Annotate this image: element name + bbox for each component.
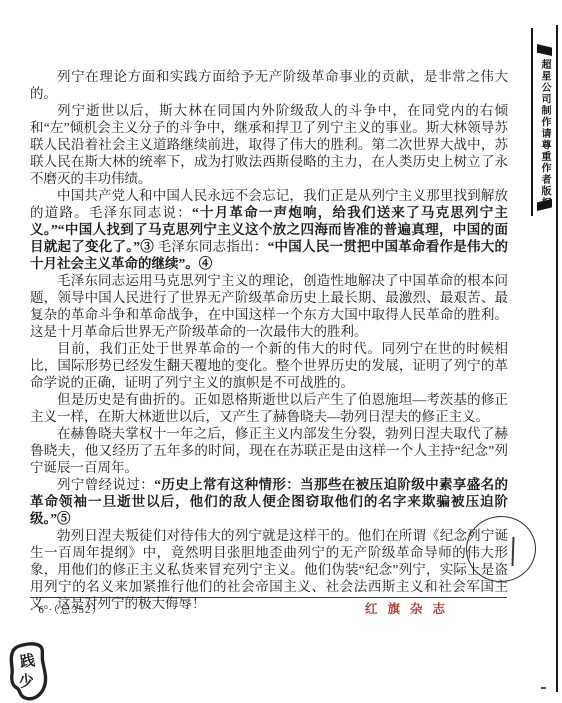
- scanned-magazine-page: 列宁在理论方面和实践方面给予无产阶级革命事业的贡献，是非常之伟大的。列宁逝世以后…: [0, 0, 562, 703]
- watermark-flag-top-icon: [537, 44, 552, 56]
- paragraph: 在赫鲁晓夫掌权十一年之后，修正主义内部发生分裂，勃列日涅夫取代了赫鲁晓夫，他又经…: [30, 425, 508, 476]
- text-segment: 毛泽东同志指出：: [154, 239, 268, 254]
- paragraph: 列宁曾经说过：“历史上常有这种情形：当那些在被压迫阶级中素享盛名的革命领袖一旦逝…: [30, 476, 508, 527]
- text-segment: 列宁在理论方面和实践方面给予无产阶级革命事业的贡献，是非常之伟大的。: [30, 69, 508, 101]
- scan-speck: [541, 687, 546, 689]
- text-segment: 在赫鲁晓夫掌权十一年之后，修正主义内部发生分裂，勃列日涅夫取代了赫鲁晓夫，他又经…: [30, 426, 508, 475]
- text-segment: 列宁曾经说过：: [57, 477, 154, 492]
- paragraph: 列宁逝世以后，斯大林在同国内外阶级敌人的斗争中，在同党内的右倾和“左”倾机会主义…: [30, 102, 508, 187]
- copyright-watermark: 超星公司制作请尊重作者版权: [537, 59, 552, 209]
- paragraph: 但是历史是有曲折的。正如恩格斯逝世以后产生了伯恩施坦—考茨基的修正主义一样，在斯…: [30, 391, 508, 425]
- seal-char-bottom: 少: [18, 672, 35, 691]
- paragraph: 列宁在理论方面和实践方面给予无产阶级革命事业的贡献，是非常之伟大的。: [30, 68, 508, 102]
- pen-tick-mark: [511, 537, 514, 566]
- seal-outline: [11, 644, 45, 699]
- article-text: 列宁在理论方面和实践方面给予无产阶级革命事业的贡献，是非常之伟大的。列宁逝世以后…: [30, 68, 508, 612]
- footer-page-number: · 6 ·（总352）: [30, 601, 103, 617]
- library-seal: 践 少: [6, 641, 54, 703]
- text-segment: 列宁逝世以后，斯大林在同国内外阶级敌人的斗争中，在同党内的右倾和“左”倾机会主义…: [30, 103, 508, 186]
- paragraph: 中国共产党人和中国人民永远不会忘记，我们正是从列宁主义那里找到解放的道路。毛泽东…: [30, 187, 508, 272]
- text-segment: 目前，我们正处于世界革命的一个新的伟大的时代。同列宁在世的时候相比，国际形势已经…: [30, 341, 508, 390]
- watermark-border-line: [531, 28, 533, 216]
- page-edge-line: [556, 25, 558, 692]
- seal-char-top: 践: [19, 652, 36, 671]
- text-segment: 毛泽东同志运用马克思列宁主义的理论，创造性地解决了中国革命的根本问题，领导中国人…: [30, 273, 508, 339]
- paragraph: 目前，我们正处于世界革命的一个新的伟大的时代。同列宁在世的时候相比，国际形势已经…: [30, 340, 508, 391]
- text-segment: 但是历史是有曲折的。正如恩格斯逝世以后产生了伯恩施坦—考茨基的修正主义一样，在斯…: [30, 392, 508, 424]
- paragraph: 毛泽东同志运用马克思列宁主义的理论，创造性地解决了中国革命的根本问题，领导中国人…: [30, 272, 508, 340]
- footer-divider: [30, 597, 507, 598]
- footer-journal-title: 红旗杂志: [365, 599, 455, 617]
